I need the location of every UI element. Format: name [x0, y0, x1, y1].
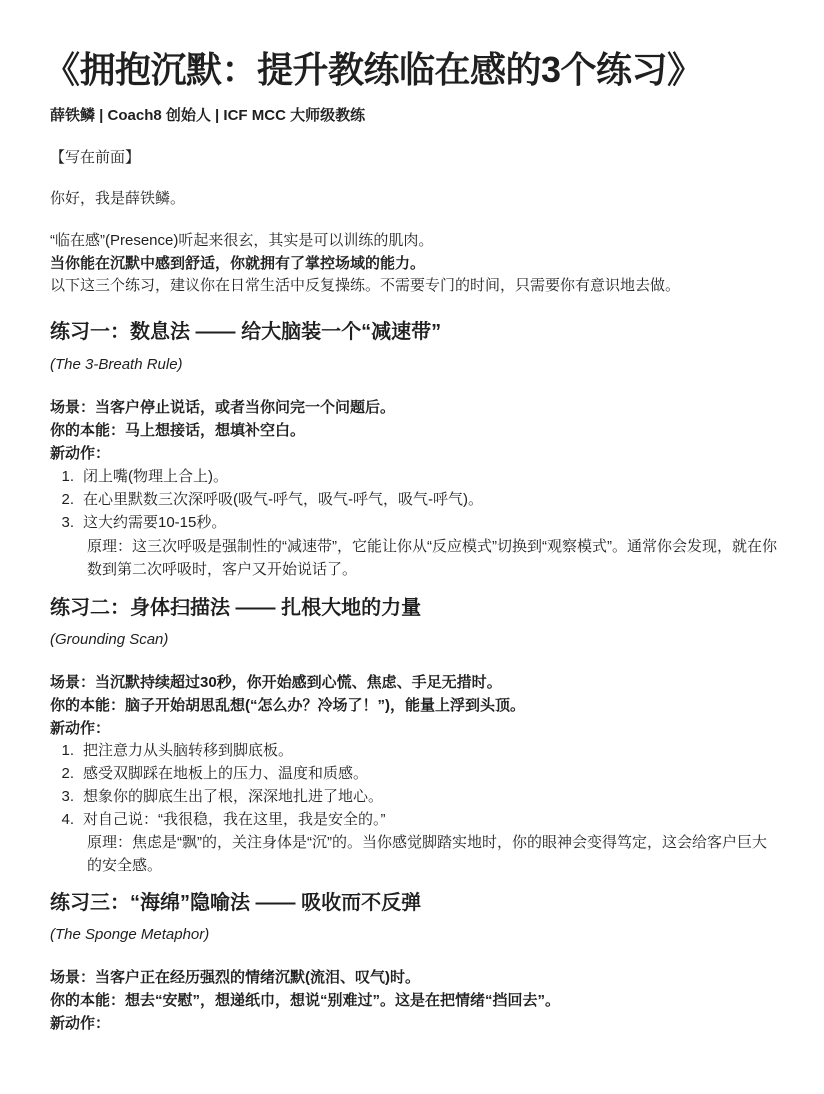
new-action-label: 新动作： — [50, 1012, 110, 1035]
list-number: 4. — [56, 808, 74, 831]
scene-text: 场景：当客户正在经历强烈的情绪沉默(流泪、叹气)时。 — [50, 966, 420, 989]
scene-text: 场景：当沉默持续超过30秒，你开始感到心慌、焦虑、手足无措时。 — [50, 671, 502, 694]
exercise-heading: 练习一：数息法 —— 给大脑装一个“减速带” — [50, 315, 441, 344]
list-item: 3. 这大约需要10-15秒。 — [56, 511, 756, 534]
list-item: 1. 把注意力从头脑转移到脚底板。 — [56, 739, 756, 762]
greeting: 你好，我是薛铁鳞。 — [50, 187, 185, 210]
instinct-text: 你的本能：脑子开始胡思乱想(“怎么办？冷场了！”)，能量上浮到头顶。 — [50, 694, 525, 717]
list-text: 这大约需要10-15秒。 — [83, 511, 226, 534]
exercise-subtitle: (Grounding Scan) — [50, 631, 168, 648]
section-label: 【写在前面】 — [50, 146, 140, 169]
document-page: 《拥抱沉默：提升教练临在感的3个练习》 薛铁鳞 | Coach8 创始人 | I… — [0, 0, 824, 1094]
list-number: 1. — [56, 465, 74, 488]
new-action-label: 新动作： — [50, 717, 110, 740]
exercise-subtitle: (The 3-Breath Rule) — [50, 356, 183, 373]
list-item: 1. 闭上嘴(物理上合上)。 — [56, 465, 756, 488]
list-text: 对自己说：“我很稳，我在这里，我是安全的。” — [83, 808, 386, 831]
list-text: 在心里默数三次深呼吸(吸气-呼气，吸气-呼气，吸气-呼气)。 — [83, 488, 483, 511]
instinct-text: 你的本能：想去“安慰”，想递纸巾，想说“别难过”。这是在把情绪“挡回去”。 — [50, 989, 560, 1012]
intro-line: 当你能在沉默中感到舒适，你就拥有了掌控场域的能力。 — [50, 252, 425, 275]
list-number: 3. — [56, 511, 74, 534]
list-text: 想象你的脚底生出了根，深深地扎进了地心。 — [83, 785, 383, 808]
new-action-label: 新动作： — [50, 442, 110, 465]
list-item: 4. 对自己说：“我很稳，我在这里，我是安全的。” — [56, 808, 756, 831]
exercise-subtitle: (The Sponge Metaphor) — [50, 926, 209, 943]
list-item: 2. 感受双脚踩在地板上的压力、温度和质感。 — [56, 762, 756, 785]
principle-text: 原理：这三次呼吸是强制性的“减速带”，它能让你从“反应模式”切换到“观察模式”。… — [87, 535, 777, 581]
author-byline: 薛铁鳞 | Coach8 创始人 | ICF MCC 大师级教练 — [50, 104, 365, 125]
exercise-heading: 练习三：“海绵”隐喻法 —— 吸收而不反弹 — [50, 886, 421, 915]
intro-line: “临在感”(Presence)听起来很玄，其实是可以训练的肌肉。 — [50, 229, 433, 252]
scene-text: 场景：当客户停止说话，或者当你问完一个问题后。 — [50, 396, 395, 419]
list-item: 3. 想象你的脚底生出了根，深深地扎进了地心。 — [56, 785, 756, 808]
list-text: 闭上嘴(物理上合上)。 — [83, 465, 228, 488]
list-number: 3. — [56, 785, 74, 808]
list-number: 2. — [56, 488, 74, 511]
document-title: 《拥抱沉默：提升教练临在感的3个练习》 — [44, 42, 703, 93]
instinct-text: 你的本能：马上想接话，想填补空白。 — [50, 419, 305, 442]
principle-text: 原理：焦虑是“飘”的，关注身体是“沉”的。当你感觉脚踏实地时，你的眼神会变得笃定… — [87, 831, 777, 877]
list-text: 把注意力从头脑转移到脚底板。 — [83, 739, 293, 762]
exercise-heading: 练习二：身体扫描法 —— 扎根大地的力量 — [50, 591, 421, 620]
list-number: 2. — [56, 762, 74, 785]
intro-line: 以下这三个练习，建议你在日常生活中反复操练。不需要专门的时间，只需要你有意识地去… — [50, 274, 680, 297]
list-number: 1. — [56, 739, 74, 762]
list-text: 感受双脚踩在地板上的压力、温度和质感。 — [83, 762, 368, 785]
list-item: 2. 在心里默数三次深呼吸(吸气-呼气，吸气-呼气，吸气-呼气)。 — [56, 488, 756, 511]
